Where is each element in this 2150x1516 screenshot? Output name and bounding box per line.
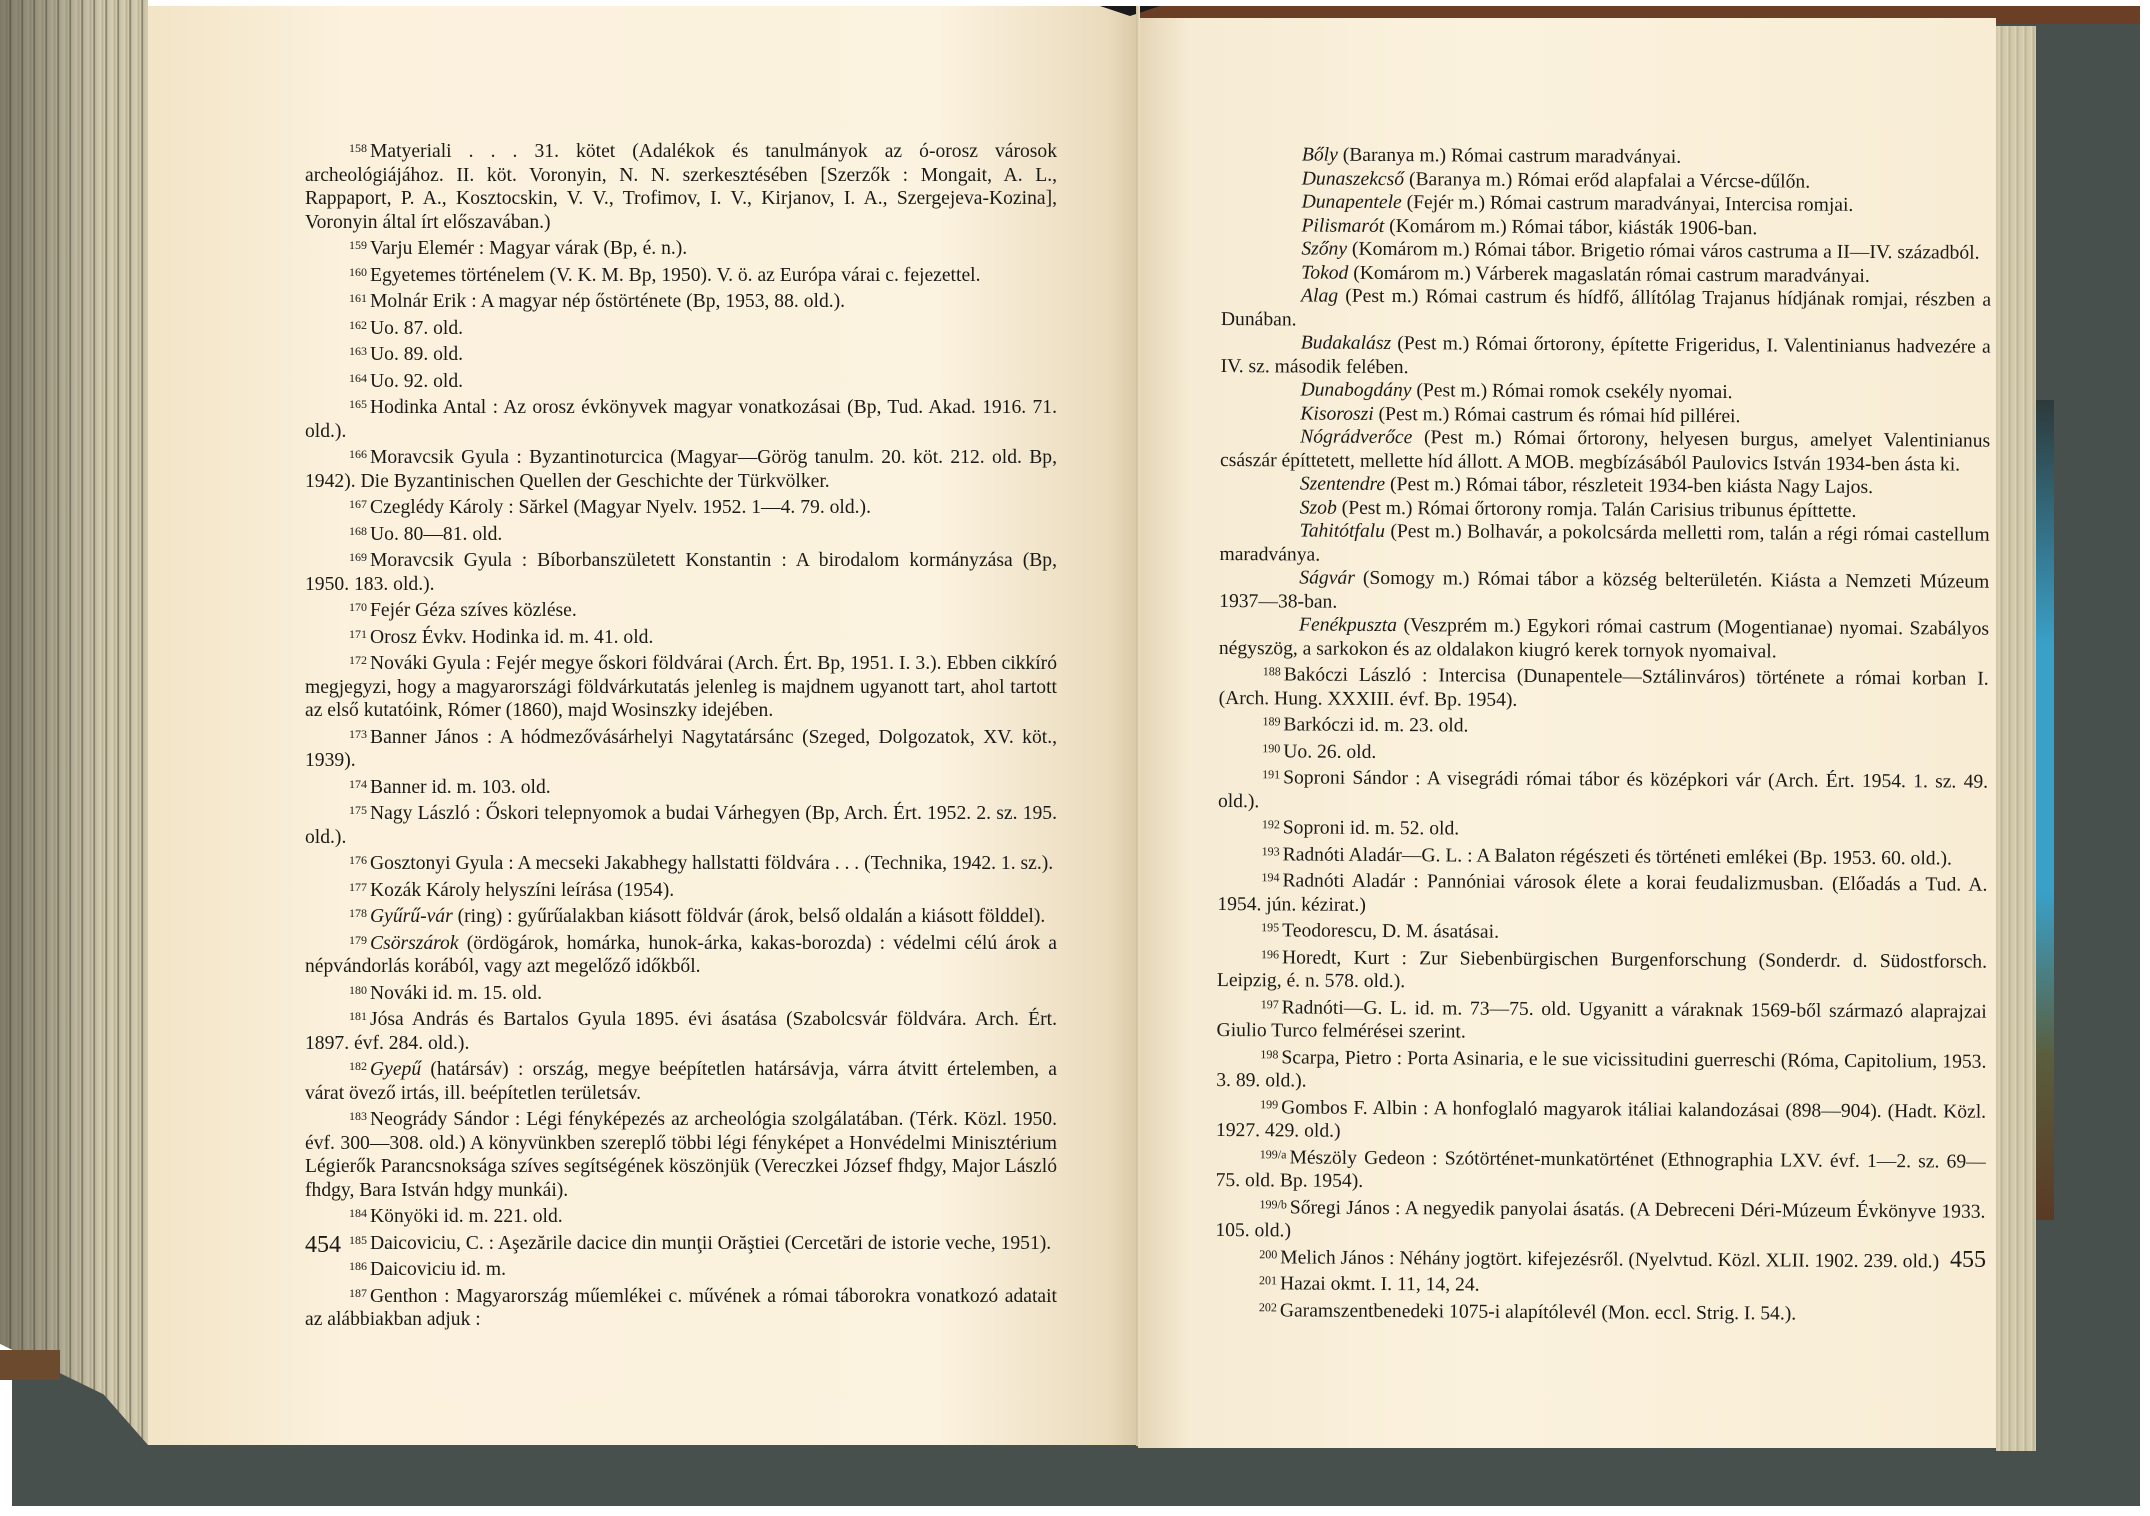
footnote: 178Gyűrű-vár (ring) : gyűrűalakban kiáso… xyxy=(305,902,1057,929)
place-entry: Budakalász (Pest m.) Római őrtorony, épí… xyxy=(1221,331,1991,383)
footnote: 180Nováki id. m. 15. old. xyxy=(305,979,1057,1006)
footnote: 187Genthon : Magyarország műemlékei c. m… xyxy=(305,1282,1057,1332)
footnote: 171Orosz Évkv. Hodinka id. m. 41. old. xyxy=(305,623,1057,650)
footnote: 175Nagy László : Őskori telepnyomok a bu… xyxy=(305,799,1057,849)
footnote: 160Egyetemes történelem (V. K. M. Bp, 19… xyxy=(305,261,1057,288)
footnote: 201Hazai okmt. I. 11, 14, 24. xyxy=(1215,1269,1985,1300)
footnote: 194Radnóti Aladár : Pannóniai városok él… xyxy=(1217,866,1987,921)
footnote: 168Uo. 80—81. old. xyxy=(305,520,1057,547)
footnote: 158Matyeriali . . . 31. kötet (Adalékok … xyxy=(305,137,1057,234)
book-gutter xyxy=(1136,6,1140,1446)
right-page-content: Bőly (Baranya m.) Római castrum maradván… xyxy=(1215,143,1992,1327)
footnote: 164Uo. 92. old. xyxy=(305,367,1057,394)
footnote: 202Garamszentbenedeki 1075-i alapítólevé… xyxy=(1215,1295,1985,1326)
footnote: 192Soproni id. m. 52. old. xyxy=(1218,813,1988,844)
footnote: 183Neogrády Sándor : Légi fényképezés az… xyxy=(305,1105,1057,1202)
footnote: 165Hodinka Antal : Az orosz évkönyvek ma… xyxy=(305,393,1057,443)
footnote: 161Molnár Erik : A magyar nép őstörténet… xyxy=(305,287,1057,314)
footnote: 188Bakóczi László : Intercisa (Dunapente… xyxy=(1219,660,1989,715)
place-entry: Tahitótfalu (Pest m.) Bolhavár, a pokolc… xyxy=(1219,519,1989,571)
right-page-stack-edge xyxy=(1996,26,2036,1451)
footnote: 163Uo. 89. old. xyxy=(305,340,1057,367)
place-entry: Ságvár (Somogy m.) Római tábor a község … xyxy=(1219,566,1989,618)
left-page-footnotes: 158Matyeriali . . . 31. kötet (Adalékok … xyxy=(305,137,1057,1332)
footnote: 176Gosztonyi Gyula : A mecseki Jakabhegy… xyxy=(305,849,1057,876)
footnote: 186Daicoviciu id. m. xyxy=(305,1255,1057,1282)
page-number-right: 455 xyxy=(1950,1247,1986,1274)
place-entry: Fenékpuszta (Veszprém m.) Egykori római … xyxy=(1219,613,1989,665)
footnote: 172Nováki Gyula : Fejér megye őskori föl… xyxy=(305,649,1057,723)
place-entry: Nógrádverőce (Pest m.) Római őrtorony, h… xyxy=(1220,425,1990,477)
left-cover-corner xyxy=(0,1350,60,1380)
page-number-left: 454 xyxy=(305,1232,341,1259)
footnote: 197Radnóti—G. L. id. m. 73—75. old. Ugya… xyxy=(1217,992,1987,1047)
footnote: 195Teodorescu, D. M. ásatásai. xyxy=(1217,916,1987,947)
footnote: 177Kozák Károly helyszíni leírása (1954)… xyxy=(305,876,1057,903)
footnote: 198Scarpa, Pietro : Porta Asinaria, e le… xyxy=(1216,1042,1986,1097)
footnote: 199/aMészöly Gedeon : Szótörténet-munkat… xyxy=(1216,1142,1986,1197)
footnote: 182Gyepű (határsáv) : ország, megye beép… xyxy=(305,1055,1057,1105)
place-entry: Alag (Pest m.) Római castrum és hídfő, á… xyxy=(1221,284,1991,336)
footnote: 166Moravcsik Gyula : Byzantinoturcica (M… xyxy=(305,443,1057,493)
footnote: 199Gombos F. Albin : A honfoglaló magyar… xyxy=(1216,1092,1986,1147)
footnote: 185Daicoviciu, C. : Aşezările dacice din… xyxy=(305,1229,1057,1256)
footnote: 162Uo. 87. old. xyxy=(305,314,1057,341)
footnote: 191Soproni Sándor : A visegrádi római tá… xyxy=(1218,763,1988,818)
right-cover-edge xyxy=(2036,400,2054,1220)
footnote: 169Moravcsik Gyula : Bíborbanszületett K… xyxy=(305,546,1057,596)
footnote: 199/bSőregi János : A negyedik panyolai … xyxy=(1215,1192,1985,1247)
footnote: 167Czeglédy Károly : Sărkel (Magyar Nyel… xyxy=(305,493,1057,520)
footnote: 181Jósa András és Bartalos Gyula 1895. é… xyxy=(305,1005,1057,1055)
footnote: 174Banner id. m. 103. old. xyxy=(305,773,1057,800)
footnote: 189Barkóczi id. m. 23. old. xyxy=(1218,710,1988,741)
footnote: 170Fejér Géza szíves közlése. xyxy=(305,596,1057,623)
left-page-stack-edge xyxy=(0,0,148,1445)
footnote: 173Banner János : A hódmezővásárhelyi Na… xyxy=(305,723,1057,773)
footnote: 196Horedt, Kurt : Zur Siebenbürgischen B… xyxy=(1217,942,1987,997)
footnote: 179Csörszárok (ördögárok, homárka, hunok… xyxy=(305,929,1057,979)
footnote: 184Könyöki id. m. 221. old. xyxy=(305,1202,1057,1229)
footnote: 159Varju Elemér : Magyar várak (Bp, é. n… xyxy=(305,234,1057,261)
